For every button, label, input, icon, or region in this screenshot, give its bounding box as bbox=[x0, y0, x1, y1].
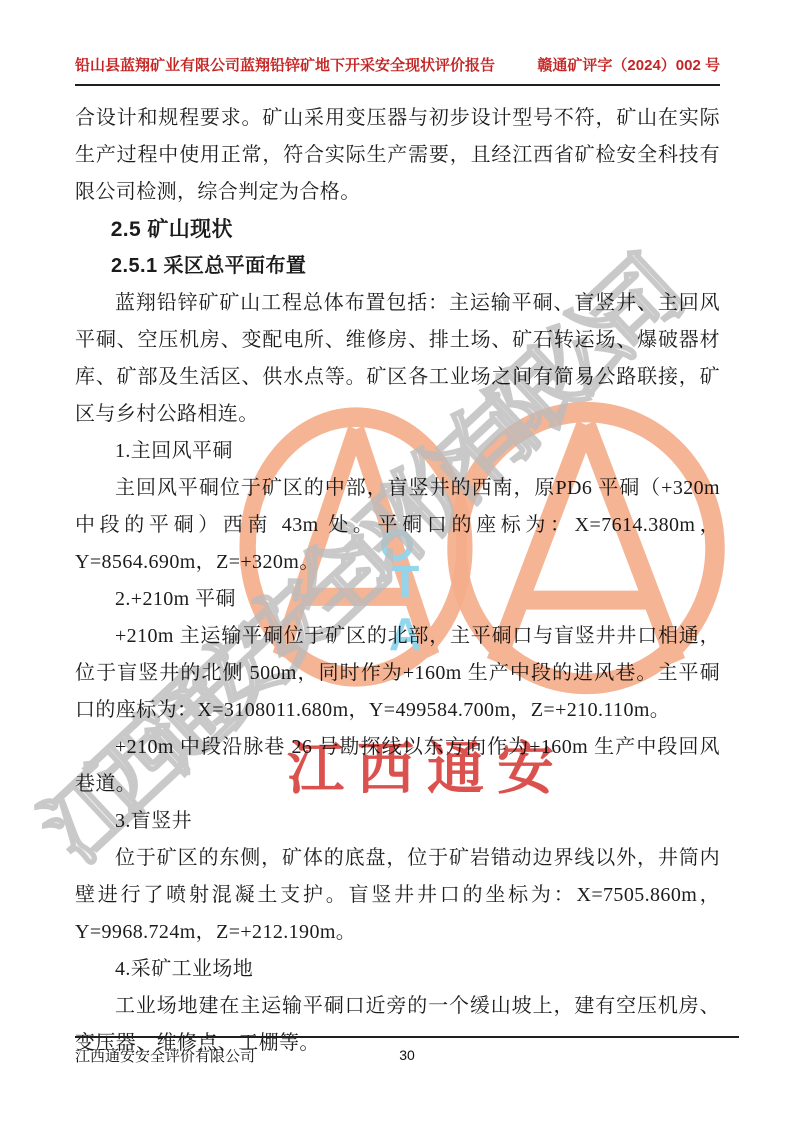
paragraph: 1.主回风平硐 bbox=[75, 433, 720, 470]
header-doc-number: 赣通矿评字（2024）002 号 bbox=[537, 57, 720, 75]
paragraph: 蓝翔铅锌矿矿山工程总体布置包括：主运输平硐、盲竖井、主回风平硐、空压机房、变配电… bbox=[75, 285, 720, 433]
header-report-title: 铅山县蓝翔矿业有限公司蓝翔铅锌矿地下开采安全现状评价报告 bbox=[75, 57, 495, 75]
document-page: 铅山县蓝翔矿业有限公司蓝翔铅锌矿地下开采安全现状评价报告 赣通矿评字（2024）… bbox=[0, 0, 794, 1122]
paragraph: 3.盲竖井 bbox=[75, 803, 720, 840]
document-body: 合设计和规程要求。矿山采用变压器与初步设计型号不符，矿山在实际生产过程中使用正常… bbox=[75, 100, 720, 1062]
paragraph: +210m 主运输平硐位于矿区的北部，主平硐口与盲竖井井口相通，位于盲竖井的北侧… bbox=[75, 618, 720, 729]
page-header: 铅山县蓝翔矿业有限公司蓝翔铅锌矿地下开采安全现状评价报告 赣通矿评字（2024）… bbox=[75, 57, 720, 86]
paragraph: 合设计和规程要求。矿山采用变压器与初步设计型号不符，矿山在实际生产过程中使用正常… bbox=[75, 100, 720, 211]
paragraph: 2.+210m 平硐 bbox=[75, 581, 720, 618]
page-footer: 江西通安安全评价有限公司 30 bbox=[75, 1036, 739, 1045]
section-heading: 2.5 矿山现状 bbox=[75, 211, 720, 248]
paragraph: +210m 中段沿脉巷 26 号勘探线以东方向作为+160m 生产中段回风巷道。 bbox=[75, 729, 720, 803]
page-number: 30 bbox=[75, 1047, 739, 1063]
paragraph: 主回风平硐位于矿区的中部，盲竖井的西南，原PD6 平硐（+320m 中段的平硐）… bbox=[75, 470, 720, 581]
paragraph: 位于矿区的东侧，矿体的底盘，位于矿岩错动边界线以外，井筒内壁进行了喷射混凝土支护… bbox=[75, 840, 720, 951]
paragraph: 4.采矿工业场地 bbox=[75, 951, 720, 988]
section-heading: 2.5.1 采区总平面布置 bbox=[75, 248, 720, 285]
